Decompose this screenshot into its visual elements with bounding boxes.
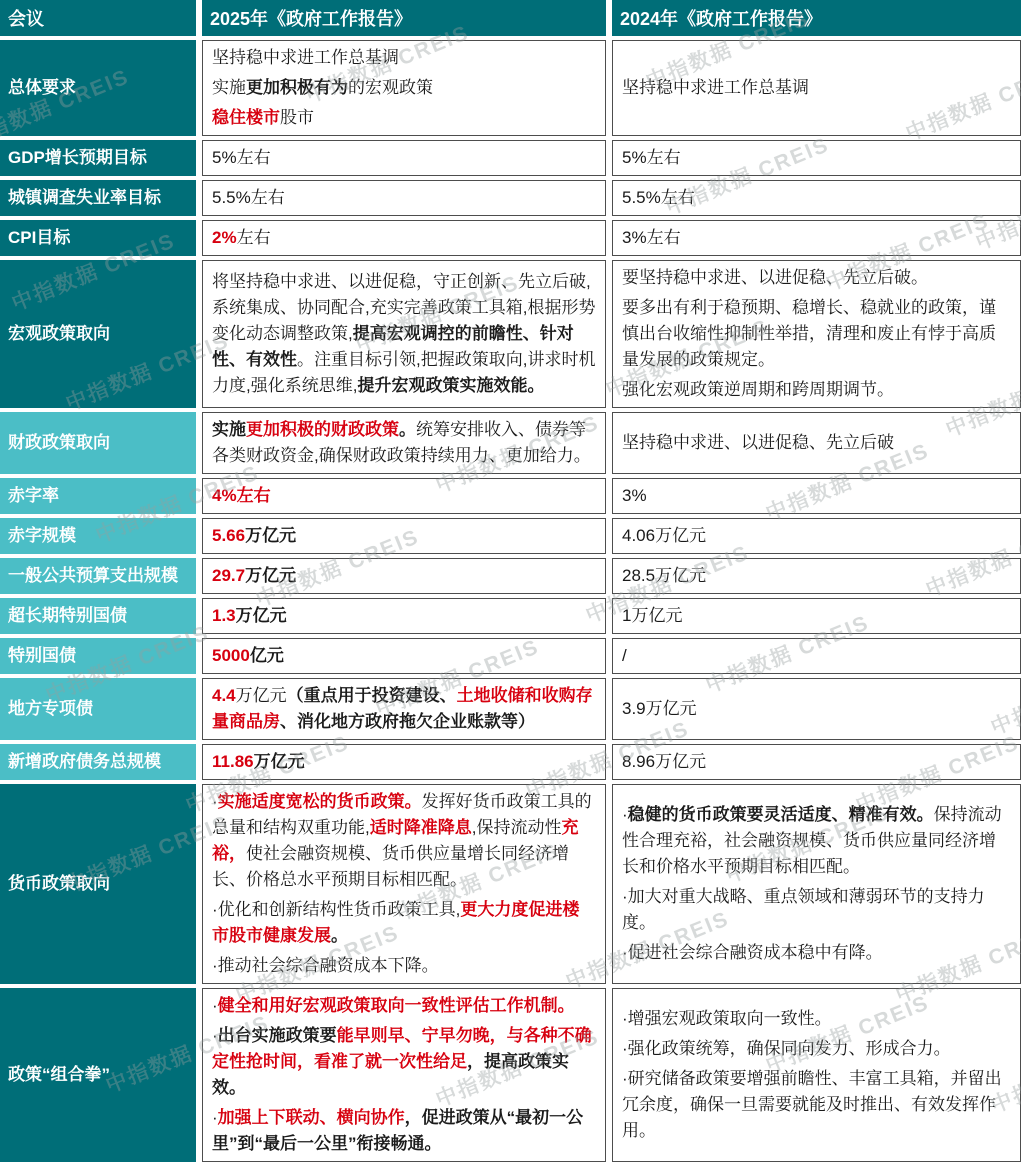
text-segment: 适时降准降息 bbox=[370, 818, 472, 837]
cell-paragraph: 4.06万亿元 bbox=[622, 523, 1011, 549]
text-segment: 更加积极的财政政策 bbox=[246, 420, 399, 439]
cell-paragraph: 3% bbox=[622, 483, 1011, 509]
cell-paragraph: ·健全和用好宏观政策取向一致性评估工作机制。 bbox=[212, 993, 596, 1019]
text-segment: 5%左右 bbox=[212, 148, 271, 167]
row-label: CPI目标 bbox=[0, 220, 196, 256]
cell-2025: 坚持稳中求进工作总基调实施更加积极有为的宏观政策稳住楼市股市 bbox=[202, 40, 606, 136]
text-segment: ·优化和创新结构性货币政策工具, bbox=[212, 900, 460, 919]
cell-paragraph: 坚持稳中求进工作总基调 bbox=[622, 75, 1011, 101]
text-segment: / bbox=[622, 646, 627, 665]
cell-2024: / bbox=[612, 638, 1021, 674]
text-segment: 29.7 bbox=[212, 566, 245, 585]
text-segment: 2% bbox=[212, 228, 237, 247]
cell-2025: 4.4万亿元（重点用于投资建设、土地收储和收购存量商品房、消化地方政府拖欠企业账… bbox=[202, 678, 606, 740]
cell-paragraph: 5%左右 bbox=[622, 145, 1011, 171]
cell-paragraph: ·增强宏观政策取向一致性。 bbox=[622, 1006, 1011, 1032]
cell-paragraph: ·加强上下联动、横向协作，促进政策从“最初一公里”到“最后一公里”衔接畅通。 bbox=[212, 1105, 596, 1157]
table-row: 政策“组合拳”·健全和用好宏观政策取向一致性评估工作机制。·出台实施政策要能早则… bbox=[0, 988, 1021, 1162]
row-label: 城镇调查失业率目标 bbox=[0, 180, 196, 216]
text-segment: 5.5%左右 bbox=[622, 188, 695, 207]
cell-2025: ·实施适度宽松的货币政策。发挥好货币政策工具的总量和结构双重功能,适时降准降息,… bbox=[202, 784, 606, 984]
cell-paragraph: 5.5%左右 bbox=[212, 185, 596, 211]
text-segment: 万亿元 bbox=[254, 752, 305, 771]
text-segment: 5000 bbox=[212, 646, 250, 665]
text-segment: 5.66 bbox=[212, 526, 245, 545]
table-row: GDP增长预期目标5%左右5%左右 bbox=[0, 140, 1021, 176]
cell-2025: 实施更加积极的财政政策。统筹安排收入、债券等各类财政资金,确保财政政策持续用力、… bbox=[202, 412, 606, 474]
cell-paragraph: ·优化和创新结构性货币政策工具,更大力度促进楼市股市健康发展。 bbox=[212, 897, 596, 949]
table-row: CPI目标2%左右3%左右 bbox=[0, 220, 1021, 256]
cell-paragraph: 强化宏观政策逆周期和跨周期调节。 bbox=[622, 377, 1011, 403]
cell-paragraph: 5000亿元 bbox=[212, 643, 596, 669]
text-segment: 3%左右 bbox=[622, 228, 681, 247]
cell-2024: 坚持稳中求进工作总基调 bbox=[612, 40, 1021, 136]
cell-2025: 29.7万亿元 bbox=[202, 558, 606, 594]
text-segment: 5.5%左右 bbox=[212, 188, 285, 207]
cell-paragraph: 1.3万亿元 bbox=[212, 603, 596, 629]
text-segment: 股市 bbox=[280, 108, 314, 127]
table-row: 新增政府债务总规模11.86万亿元8.96万亿元 bbox=[0, 744, 1021, 780]
text-segment: ·强化政策统筹，确保同向发力、形成合力。 bbox=[622, 1039, 951, 1058]
table-row: 货币政策取向·实施适度宽松的货币政策。发挥好货币政策工具的总量和结构双重功能,适… bbox=[0, 784, 1021, 984]
text-segment: 要多出有利于稳预期、稳增长、稳就业的政策，谨慎出台收缩性抑制性举措，清理和废止有… bbox=[622, 298, 996, 369]
cell-paragraph: ·实施适度宽松的货币政策。发挥好货币政策工具的总量和结构双重功能,适时降准降息,… bbox=[212, 789, 596, 893]
cell-paragraph: 1万亿元 bbox=[622, 603, 1011, 629]
text-segment: 实施 bbox=[212, 420, 246, 439]
cell-paragraph: 5%左右 bbox=[212, 145, 596, 171]
cell-paragraph: ·加大对重大战略、重点领域和薄弱环节的支持力度。 bbox=[622, 884, 1011, 936]
cell-paragraph: ·推动社会综合融资成本下降。 bbox=[212, 953, 596, 979]
cell-2025: 将坚持稳中求进、以进促稳，守正创新、先立后破,系统集成、协同配合,充实完善政策工… bbox=[202, 260, 606, 408]
cell-paragraph: 2%左右 bbox=[212, 225, 596, 251]
cell-2024: 28.5万亿元 bbox=[612, 558, 1021, 594]
cell-2024: 3%左右 bbox=[612, 220, 1021, 256]
cell-paragraph: 要坚持稳中求进、以进促稳、先立后破。 bbox=[622, 265, 1011, 291]
cell-2024: 5.5%左右 bbox=[612, 180, 1021, 216]
cell-2024: 1万亿元 bbox=[612, 598, 1021, 634]
row-label: 地方专项债 bbox=[0, 678, 196, 740]
cell-paragraph: 3%左右 bbox=[622, 225, 1011, 251]
text-segment: 万亿元 bbox=[236, 606, 287, 625]
cell-paragraph: 4.4万亿元（重点用于投资建设、土地收储和收购存量商品房、消化地方政府拖欠企业账… bbox=[212, 683, 596, 735]
text-segment: 3.9万亿元 bbox=[622, 699, 697, 718]
text-segment: 使社会融资规模、货币供应量增长同经济增长、价格总水平预期目标相匹配。 bbox=[212, 844, 569, 889]
header-report-2024: 2024年《政府工作报告》 bbox=[612, 0, 1021, 36]
cell-2025: 2%左右 bbox=[202, 220, 606, 256]
text-segment: 的宏观政策 bbox=[348, 78, 433, 97]
table-row: 宏观政策取向将坚持稳中求进、以进促稳，守正创新、先立后破,系统集成、协同配合,充… bbox=[0, 260, 1021, 408]
cell-paragraph: ·出台实施政策要能早则早、宁早勿晚，与各种不确定性抢时间，看准了就一次性给足，提… bbox=[212, 1023, 596, 1101]
text-segment: 1.3 bbox=[212, 606, 236, 625]
row-label: 新增政府债务总规模 bbox=[0, 744, 196, 780]
cell-paragraph: 4%左右 bbox=[212, 483, 596, 509]
row-label: 赤字率 bbox=[0, 478, 196, 514]
text-segment: （重点用于投资建设、 bbox=[287, 686, 457, 705]
text-segment: 4%左右 bbox=[212, 486, 271, 505]
table-row: 超长期特别国债1.3万亿元1万亿元 bbox=[0, 598, 1021, 634]
row-label: 总体要求 bbox=[0, 40, 196, 136]
row-label: 宏观政策取向 bbox=[0, 260, 196, 408]
text-segment: 4.4 bbox=[212, 686, 236, 705]
text-segment: 实施适度宽松的货币政策。 bbox=[218, 792, 422, 811]
cell-paragraph: 将坚持稳中求进、以进促稳，守正创新、先立后破,系统集成、协同配合,充实完善政策工… bbox=[212, 269, 596, 399]
table-row: 总体要求坚持稳中求进工作总基调实施更加积极有为的宏观政策稳住楼市股市坚持稳中求进… bbox=[0, 40, 1021, 136]
table-row: 特别国债5000亿元/ bbox=[0, 638, 1021, 674]
text-segment: 8.96万亿元 bbox=[622, 752, 706, 771]
text-segment: ·促进社会综合融资成本稳中有降。 bbox=[622, 943, 883, 962]
cell-paragraph: ·稳健的货币政策要灵活适度、精准有效。保持流动性合理充裕，社会融资规模、货币供应… bbox=[622, 802, 1011, 880]
cell-2025: 11.86万亿元 bbox=[202, 744, 606, 780]
header-meeting: 会议 bbox=[0, 0, 196, 36]
cell-2024: 3.9万亿元 bbox=[612, 678, 1021, 740]
row-label: 财政政策取向 bbox=[0, 412, 196, 474]
text-segment: ·研究储备政策要增强前瞻性、丰富工具箱，并留出冗余度，确保一旦需要就能及时推出、… bbox=[622, 1069, 1002, 1140]
cell-paragraph: 11.86万亿元 bbox=[212, 749, 596, 775]
cell-paragraph: 8.96万亿元 bbox=[622, 749, 1011, 775]
text-segment: 稳住楼市 bbox=[212, 108, 280, 127]
cell-paragraph: 5.66万亿元 bbox=[212, 523, 596, 549]
text-segment: 1万亿元 bbox=[622, 606, 682, 625]
text-segment: 亿元 bbox=[250, 646, 284, 665]
cell-paragraph: 29.7万亿元 bbox=[212, 563, 596, 589]
table-header-row: 会议 2025年《政府工作报告》 2024年《政府工作报告》 bbox=[0, 0, 1021, 36]
cell-paragraph: ·研究储备政策要增强前瞻性、丰富工具箱，并留出冗余度，确保一旦需要就能及时推出、… bbox=[622, 1066, 1011, 1144]
comparison-table: 会议 2025年《政府工作报告》 2024年《政府工作报告》 总体要求坚持稳中求… bbox=[0, 0, 1021, 1162]
cell-2024: 要坚持稳中求进、以进促稳、先立后破。要多出有利于稳预期、稳增长、稳就业的政策，谨… bbox=[612, 260, 1021, 408]
text-segment: 更加积极有为 bbox=[246, 78, 348, 97]
text-segment: 、消化地方政府拖欠企业账款等） bbox=[280, 712, 535, 731]
text-segment: 。 bbox=[331, 926, 348, 945]
cell-2024: 坚持稳中求进、以进促稳、先立后破 bbox=[612, 412, 1021, 474]
cell-2025: 5000亿元 bbox=[202, 638, 606, 674]
cell-paragraph: 实施更加积极的财政政策。统筹安排收入、债券等各类财政资金,确保财政政策持续用力、… bbox=[212, 417, 596, 469]
cell-paragraph: 稳住楼市股市 bbox=[212, 105, 596, 131]
text-segment: 坚持稳中求进工作总基调 bbox=[212, 48, 399, 67]
cell-paragraph: ·促进社会综合融资成本稳中有降。 bbox=[622, 940, 1011, 966]
text-segment: 出台实施政策要 bbox=[218, 1026, 337, 1045]
table-row: 财政政策取向实施更加积极的财政政策。统筹安排收入、债券等各类财政资金,确保财政政… bbox=[0, 412, 1021, 474]
cell-paragraph: ·强化政策统筹，确保同向发力、形成合力。 bbox=[622, 1036, 1011, 1062]
text-segment: 5%左右 bbox=[622, 148, 681, 167]
cell-paragraph: / bbox=[622, 643, 1011, 669]
text-segment: 加强上下联动、横向协作 bbox=[218, 1108, 405, 1127]
text-segment: 左右 bbox=[237, 228, 271, 247]
text-segment: ·增强宏观政策取向一致性。 bbox=[622, 1009, 832, 1028]
table-row: 地方专项债4.4万亿元（重点用于投资建设、土地收储和收购存量商品房、消化地方政府… bbox=[0, 678, 1021, 740]
cell-2024: ·增强宏观政策取向一致性。·强化政策统筹，确保同向发力、形成合力。·研究储备政策… bbox=[612, 988, 1021, 1162]
cell-paragraph: 5.5%左右 bbox=[622, 185, 1011, 211]
cell-paragraph: 实施更加积极有为的宏观政策 bbox=[212, 75, 596, 101]
text-segment: 健全和用好宏观政策取向一致性评估工作机制。 bbox=[218, 996, 575, 1015]
text-segment: 要坚持稳中求进、以进促稳、先立后破。 bbox=[622, 268, 928, 287]
text-segment: 提升宏观政策实施效能。 bbox=[357, 376, 544, 395]
text-segment: 实施 bbox=[212, 78, 246, 97]
text-segment: 万亿元 bbox=[245, 526, 296, 545]
cell-2024: 3% bbox=[612, 478, 1021, 514]
cell-paragraph: 要多出有利于稳预期、稳增长、稳就业的政策，谨慎出台收缩性抑制性举措，清理和废止有… bbox=[622, 295, 1011, 373]
text-segment: 4.06万亿元 bbox=[622, 526, 706, 545]
text-segment: ·加大对重大战略、重点领域和薄弱环节的支持力度。 bbox=[622, 887, 985, 932]
text-segment: 3% bbox=[622, 486, 647, 505]
text-segment: 11.86 bbox=[212, 752, 254, 771]
cell-2025: 5.5%左右 bbox=[202, 180, 606, 216]
table-row: 赤字率4%左右3% bbox=[0, 478, 1021, 514]
cell-2024: 5%左右 bbox=[612, 140, 1021, 176]
text-segment: 强化宏观政策逆周期和跨周期调节。 bbox=[622, 380, 894, 399]
cell-paragraph: 坚持稳中求进工作总基调 bbox=[212, 45, 596, 71]
cell-2025: ·健全和用好宏观政策取向一致性评估工作机制。·出台实施政策要能早则早、宁早勿晚，… bbox=[202, 988, 606, 1162]
text-segment: 28.5万亿元 bbox=[622, 566, 706, 585]
row-label: 政策“组合拳” bbox=[0, 988, 196, 1162]
row-label: 货币政策取向 bbox=[0, 784, 196, 984]
text-segment: 。 bbox=[399, 420, 416, 439]
table-row: 赤字规模5.66万亿元4.06万亿元 bbox=[0, 518, 1021, 554]
cell-2025: 4%左右 bbox=[202, 478, 606, 514]
cell-2025: 5.66万亿元 bbox=[202, 518, 606, 554]
cell-2024: 4.06万亿元 bbox=[612, 518, 1021, 554]
cell-2024: 8.96万亿元 bbox=[612, 744, 1021, 780]
row-label: 特别国债 bbox=[0, 638, 196, 674]
text-segment: 坚持稳中求进、以进促稳、先立后破 bbox=[622, 433, 894, 452]
cell-2024: ·稳健的货币政策要灵活适度、精准有效。保持流动性合理充裕，社会融资规模、货币供应… bbox=[612, 784, 1021, 984]
text-segment: ,保持流动性 bbox=[472, 818, 562, 837]
cell-paragraph: 3.9万亿元 bbox=[622, 696, 1011, 722]
table-row: 一般公共预算支出规模29.7万亿元28.5万亿元 bbox=[0, 558, 1021, 594]
cell-2025: 1.3万亿元 bbox=[202, 598, 606, 634]
cell-2025: 5%左右 bbox=[202, 140, 606, 176]
row-label: 一般公共预算支出规模 bbox=[0, 558, 196, 594]
text-segment: 坚持稳中求进工作总基调 bbox=[622, 78, 809, 97]
text-segment: 稳健的货币政策要灵活适度、精准有效。 bbox=[628, 805, 934, 824]
cell-paragraph: 28.5万亿元 bbox=[622, 563, 1011, 589]
cell-paragraph: 坚持稳中求进、以进促稳、先立后破 bbox=[622, 430, 1011, 456]
table-row: 城镇调查失业率目标5.5%左右5.5%左右 bbox=[0, 180, 1021, 216]
text-segment: 万亿元 bbox=[245, 566, 296, 585]
text-segment: 万亿元 bbox=[236, 686, 287, 705]
row-label: 赤字规模 bbox=[0, 518, 196, 554]
text-segment: ·推动社会综合融资成本下降。 bbox=[212, 956, 439, 975]
row-label: 超长期特别国债 bbox=[0, 598, 196, 634]
row-label: GDP增长预期目标 bbox=[0, 140, 196, 176]
header-report-2025: 2025年《政府工作报告》 bbox=[202, 0, 606, 36]
